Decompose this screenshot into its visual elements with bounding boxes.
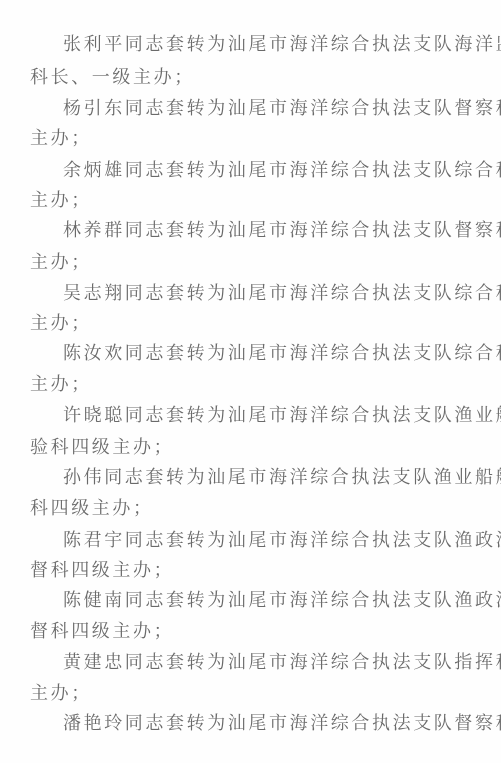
- paragraph-5-line-2: 主办；: [30, 374, 92, 396]
- paragraph-2-line-2: 主办；: [30, 190, 92, 212]
- paragraph-9-line-1: 陈健南同志套转为汕尾市海洋综合执法支队渔政渔港监: [63, 590, 501, 612]
- paragraph-4-line-1: 吴志翔同志套转为汕尾市海洋综合执法支队综合科四级: [63, 283, 501, 305]
- paragraph-8-line-1: 陈君宇同志套转为汕尾市海洋综合执法支队渔政渔港监: [63, 530, 501, 552]
- paragraph-7-line-1: 孙伟同志套转为汕尾市海洋综合执法支队渔业船舶检验: [63, 467, 501, 489]
- paragraph-10-line-2: 主办；: [30, 683, 92, 705]
- paragraph-2-line-1: 余炳雄同志套转为汕尾市海洋综合执法支队综合科二级: [63, 160, 501, 182]
- paragraph-0-line-1: 张利平同志套转为汕尾市海洋综合执法支队海洋监察科: [63, 34, 501, 56]
- paragraph-4-line-2: 主办；: [30, 313, 92, 335]
- paragraph-8-line-2: 督科四级主办；: [30, 560, 174, 582]
- paragraph-1-line-1: 杨引东同志套转为汕尾市海洋综合执法支队督察科一级: [63, 98, 501, 120]
- paragraph-11-line-1: 潘艳玲同志套转为汕尾市海洋综合执法支队督察科四级: [63, 713, 501, 735]
- paragraph-3-line-2: 主办；: [30, 252, 92, 274]
- paragraph-6-line-1: 许晓聪同志套转为汕尾市海洋综合执法支队渔业船舶检: [63, 405, 501, 427]
- paragraph-1-line-2: 主办；: [30, 128, 92, 150]
- document-page: 张利平同志套转为汕尾市海洋综合执法支队海洋监察科 科长、一级主办； 杨引东同志套…: [0, 0, 501, 763]
- paragraph-7-line-2: 科四级主办；: [30, 498, 154, 520]
- paragraph-10-line-1: 黄建忠同志套转为汕尾市海洋综合执法支队指挥科四级: [63, 652, 501, 674]
- paragraph-9-line-2: 督科四级主办；: [30, 621, 174, 643]
- paragraph-3-line-1: 林养群同志套转为汕尾市海洋综合执法支队督察科二级: [63, 220, 501, 242]
- paragraph-6-line-2: 验科四级主办；: [30, 437, 174, 459]
- paragraph-0-line-2: 科长、一级主办；: [30, 67, 195, 89]
- paragraph-5-line-1: 陈汝欢同志套转为汕尾市海洋综合执法支队综合科四级: [63, 343, 501, 365]
